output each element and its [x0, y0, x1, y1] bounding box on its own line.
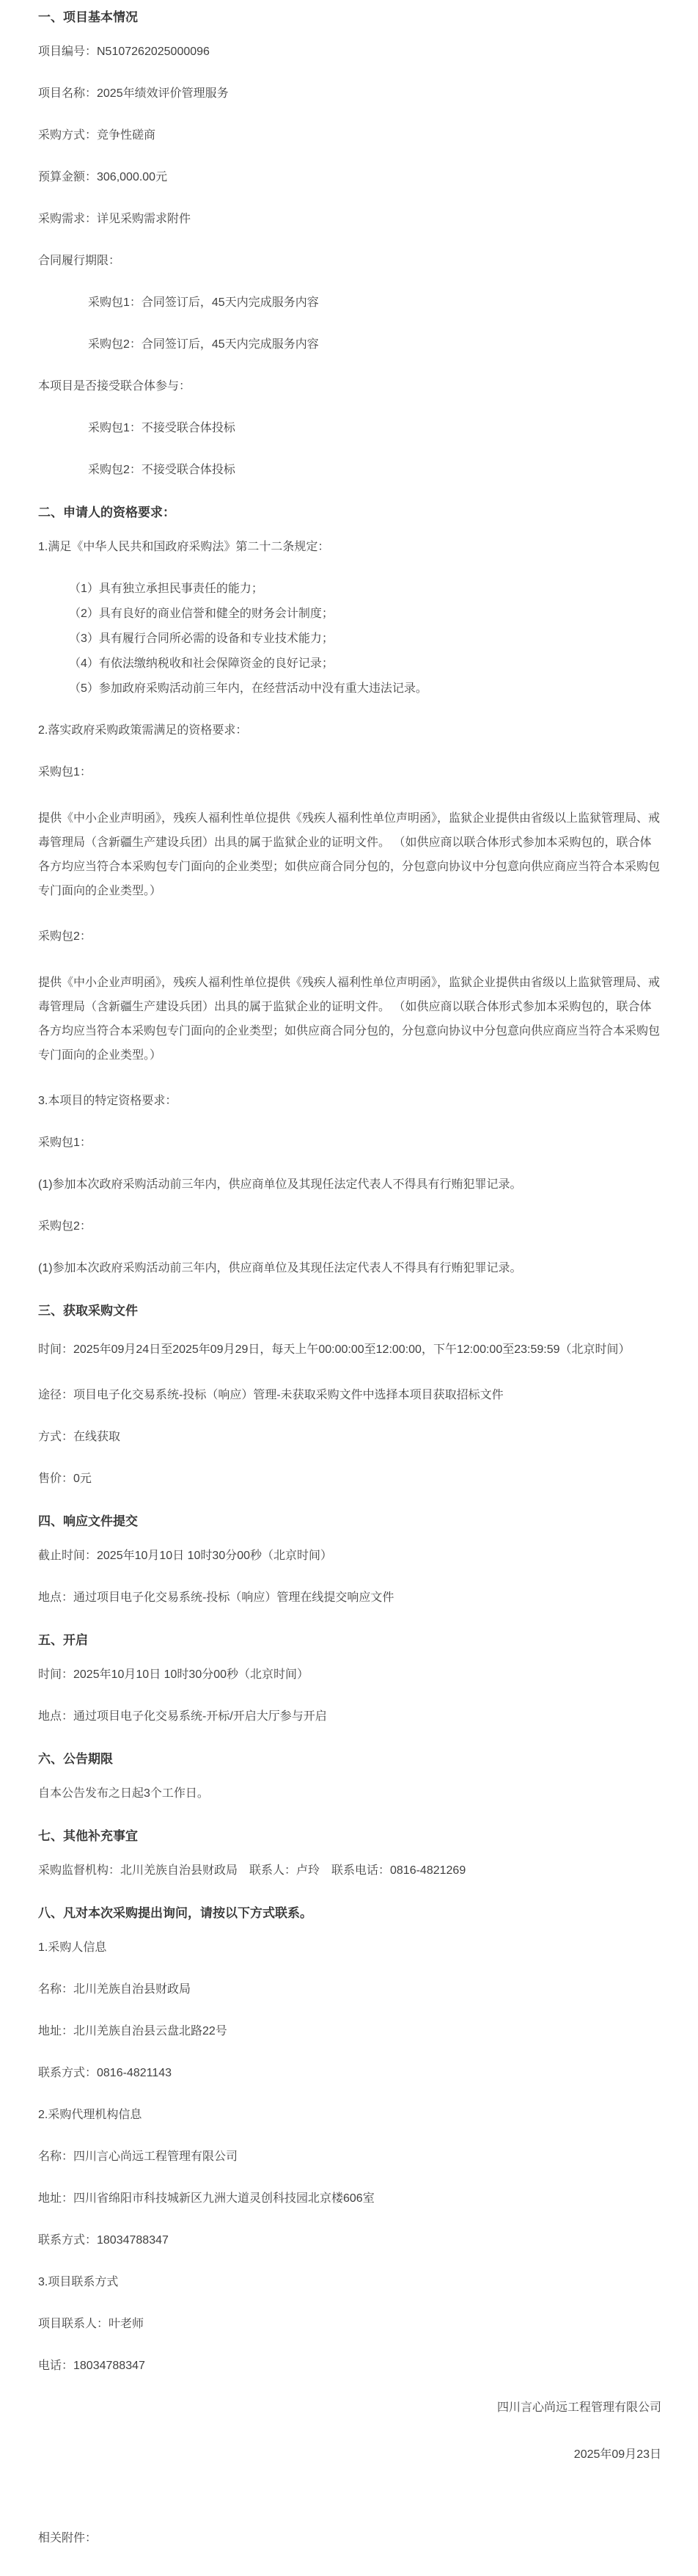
document-line: 2.落实政府采购政策需满足的资格要求： [38, 723, 661, 739]
document-line: 方式：在线获取 [38, 1429, 661, 1445]
document-paragraph: 时间：2025年09月24日至2025年09月29日，每天上午00:00:00至… [38, 1338, 661, 1362]
document-line: 合同履行期限： [38, 253, 661, 269]
document-line: 采购包1：合同签订后，45天内完成服务内容 [38, 295, 661, 311]
document-line: 名称：四川言心尚远工程管理有限公司 [38, 2149, 661, 2165]
document-line: 采购包2： [38, 929, 661, 945]
document-line: 3.本项目的特定资格要求： [38, 1093, 661, 1109]
document-line: 2.采购代理机构信息 [38, 2107, 661, 2123]
document-line: 名称：北川羌族自治县财政局 [38, 1982, 661, 1998]
document-line: 途径：项目电子化交易系统-投标（响应）管理-未获取采购文件中选择本项目获取招标文… [38, 1387, 661, 1404]
procurement-announcement-document: 一、项目基本情况项目编号：N5107262025000096项目名称：2025年… [0, 0, 698, 2576]
section-heading: 七、其他补充事宜 [38, 1828, 661, 1845]
document-line: 项目编号：N5107262025000096 [38, 44, 661, 60]
document-line: (1)参加本次政府采购活动前三年内，供应商单位及其现任法定代表人不得具有行贿犯罪… [38, 1260, 661, 1277]
attachments-label: 相关附件： [38, 2531, 661, 2547]
document-paragraph: 提供《中小企业声明函》，残疾人福利性单位提供《残疾人福利性单位声明函》，监狱企业… [38, 971, 661, 1068]
document-line: 时间：2025年10月10日 10时30分00秒（北京时间） [38, 1667, 661, 1683]
document-line: （1）具有独立承担民事责任的能力； [38, 581, 661, 597]
document-line: 联系方式：18034788347 [38, 2233, 661, 2249]
document-line: 采购方式：竞争性磋商 [38, 128, 661, 144]
document-line: 采购包1：不接受联合体投标 [38, 420, 661, 437]
document-line: 地点：通过项目电子化交易系统-开标/开启大厅参与开启 [38, 1709, 661, 1725]
document-line: 地点：通过项目电子化交易系统-投标（响应）管理在线提交响应文件 [38, 1590, 661, 1606]
signature-date: 2025年09月23日 [38, 2447, 661, 2463]
document-line: 本项目是否接受联合体参与： [38, 379, 661, 395]
document-line: (1)参加本次政府采购活动前三年内，供应商单位及其现任法定代表人不得具有行贿犯罪… [38, 1177, 661, 1193]
section-heading: 六、公告期限 [38, 1751, 661, 1768]
document-line: （4）有依法缴纳税收和社会保障资金的良好记录； [38, 656, 661, 672]
document-line: 采购需求：详见采购需求附件 [38, 211, 661, 227]
document-paragraph: 提供《中小企业声明函》，残疾人福利性单位提供《残疾人福利性单位声明函》，监狱企业… [38, 806, 661, 903]
section-heading: 二、申请人的资格要求： [38, 504, 661, 522]
document-line: 采购包1： [38, 765, 661, 781]
document-line: 联系方式：0816-4821143 [38, 2065, 661, 2081]
section-heading: 八、凡对本次采购提出询问，请按以下方式联系。 [38, 1905, 661, 1922]
document-line: 1.采购人信息 [38, 1940, 661, 1956]
document-line: 预算金额：306,000.00元 [38, 169, 661, 186]
section-heading: 一、项目基本情况 [38, 9, 661, 26]
document-line: （5）参加政府采购活动前三年内，在经营活动中没有重大违法记录。 [38, 681, 661, 697]
document-line: 项目名称：2025年绩效评价管理服务 [38, 86, 661, 102]
document-line: 地址：北川羌族自治县云盘北路22号 [38, 2024, 661, 2040]
document-line: 采购包2：不接受联合体投标 [38, 462, 661, 478]
section-heading: 四、响应文件提交 [38, 1513, 661, 1530]
section-heading: 五、开启 [38, 1632, 661, 1649]
document-line: 售价：0元 [38, 1471, 661, 1487]
document-line: 1.满足《中华人民共和国政府采购法》第二十二条规定： [38, 539, 661, 555]
document-line: （2）具有良好的商业信誉和健全的财务会计制度； [38, 606, 661, 622]
document-line: 项目联系人：叶老师 [38, 2316, 661, 2332]
section-heading: 三、获取采购文件 [38, 1302, 661, 1320]
document-line: 地址：四川省绵阳市科技城新区九洲大道灵创科技园北京楼606室 [38, 2191, 661, 2207]
document-line: 3.项目联系方式 [38, 2274, 661, 2291]
signature-block: 四川言心尚远工程管理有限公司 2025年09月23日 [38, 2400, 661, 2463]
document-line: 采购包1： [38, 1135, 661, 1151]
document-sections: 一、项目基本情况项目编号：N5107262025000096项目名称：2025年… [38, 9, 661, 2374]
document-line: 采购监督机构：北川羌族自治县财政局 联系人：卢玲 联系电话：0816-48212… [38, 1863, 661, 1879]
document-line: 电话：18034788347 [38, 2358, 661, 2374]
document-line: 采购包2： [38, 1219, 661, 1235]
document-line: 截止时间：2025年10月10日 10时30分00秒（北京时间） [38, 1548, 661, 1564]
attachments-section: 相关附件： [38, 2531, 661, 2547]
document-line: （3）具有履行合同所必需的设备和专业技术能力； [38, 631, 661, 647]
document-line: 采购包2：合同签订后，45天内完成服务内容 [38, 337, 661, 353]
document-line: 自本公告发布之日起3个工作日。 [38, 1786, 661, 1802]
signature-agency: 四川言心尚远工程管理有限公司 [38, 2400, 661, 2416]
